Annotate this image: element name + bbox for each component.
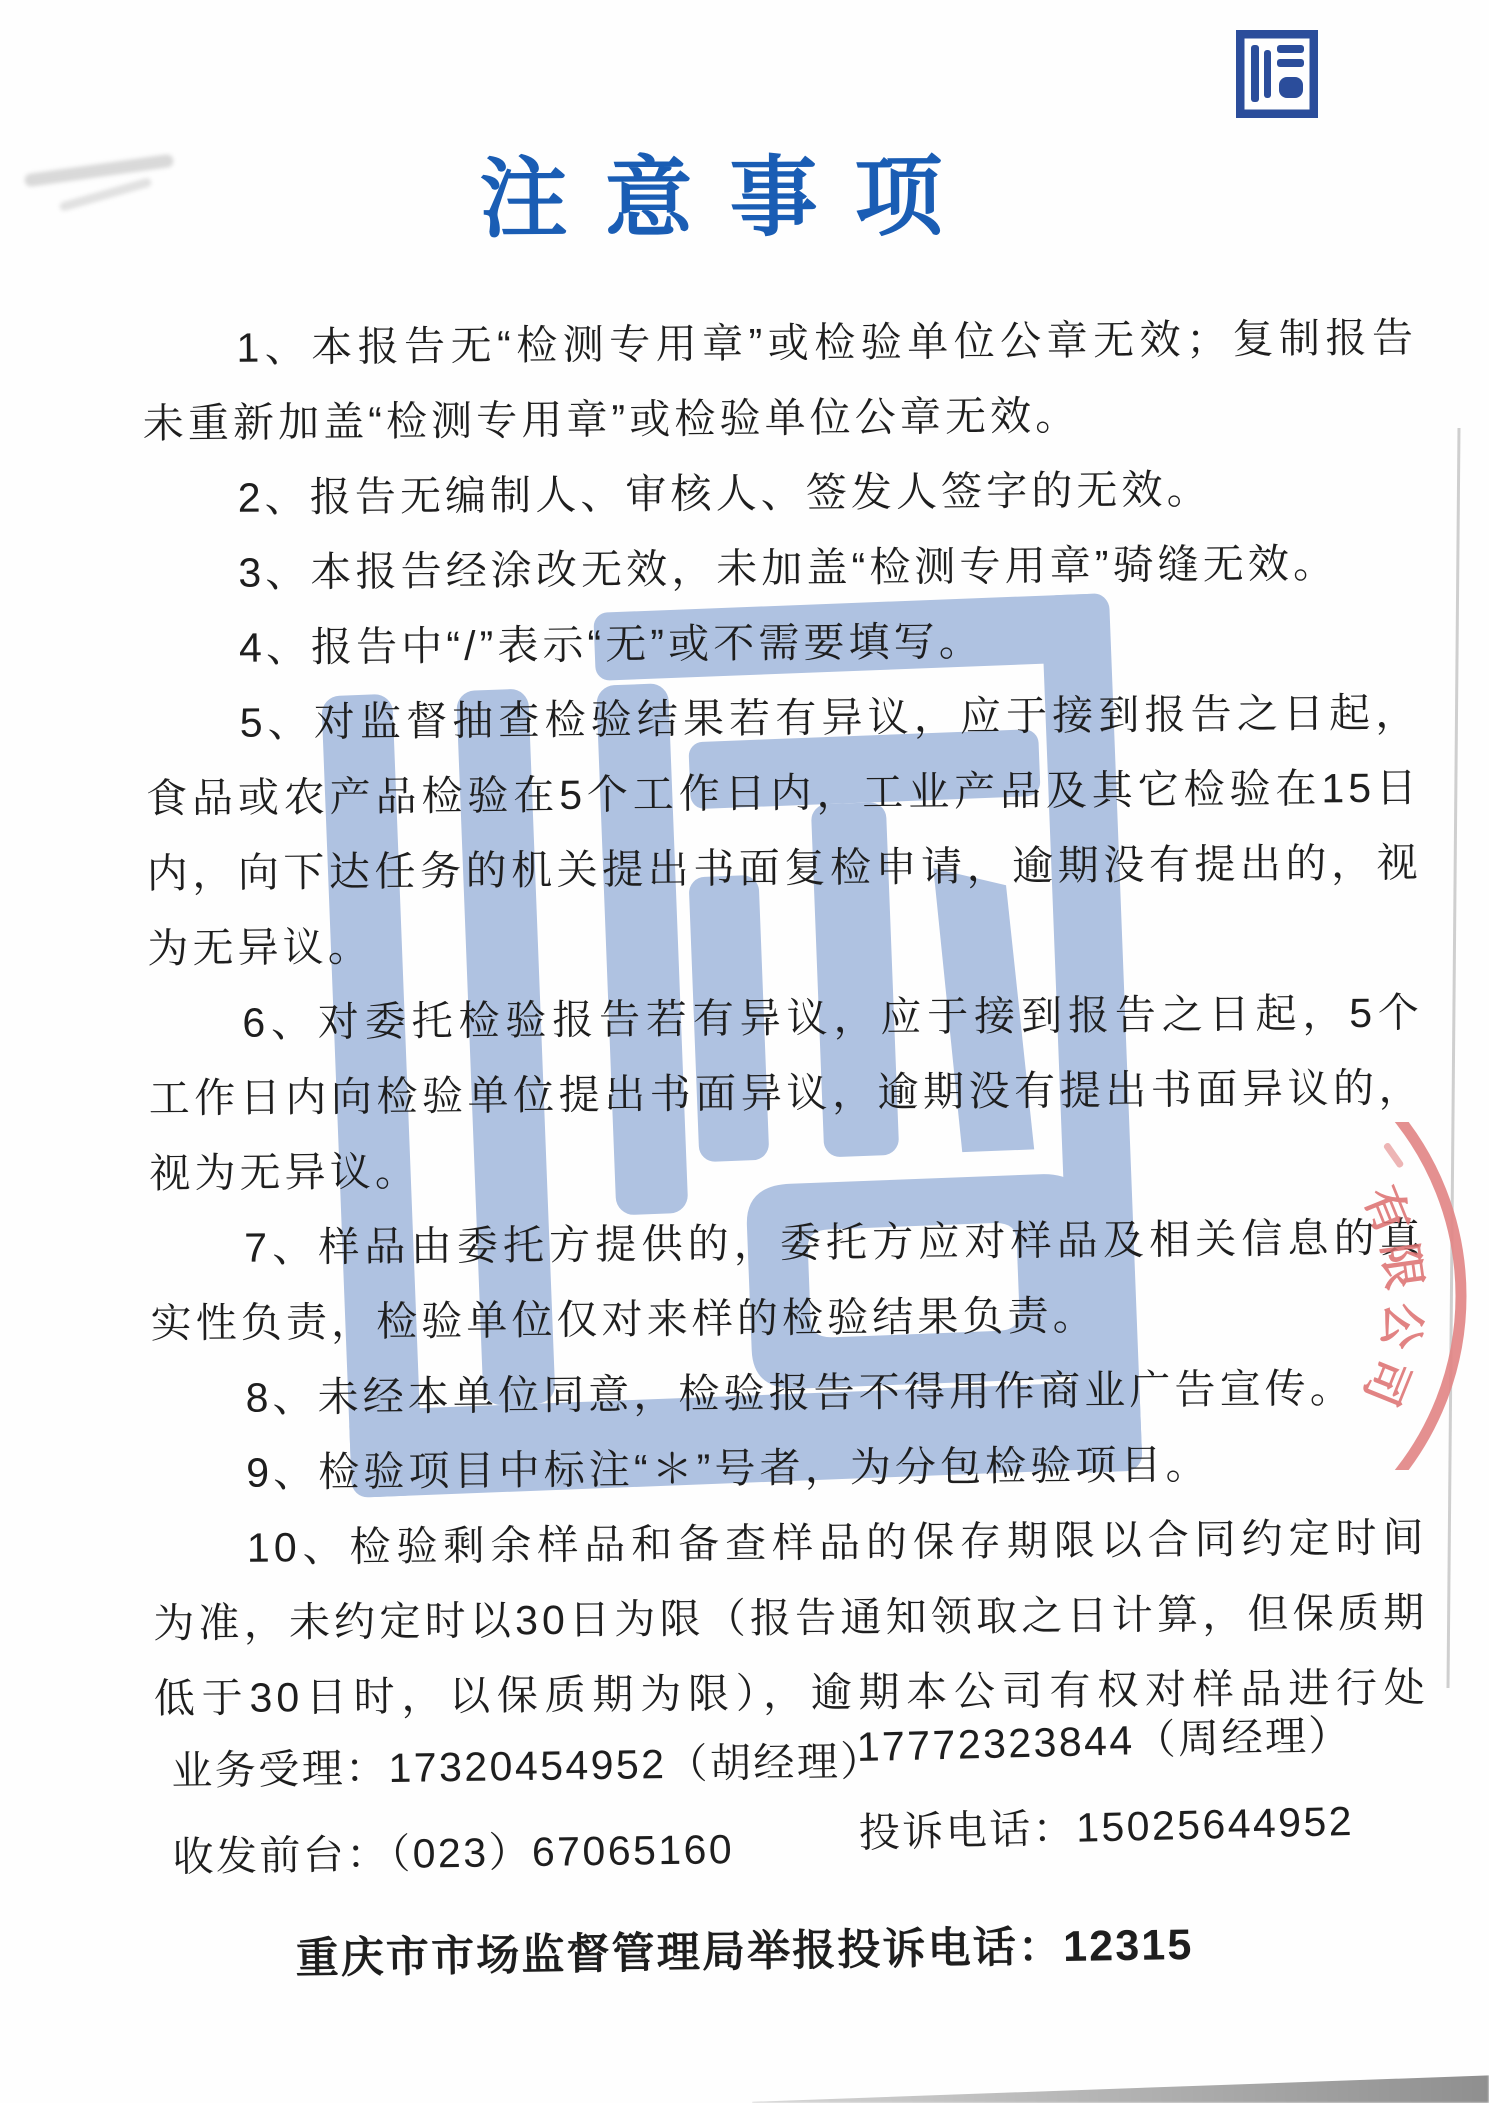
scan-shadow-artifact [752,2073,1489,2103]
seal-ring-char: 公 [1373,1300,1430,1352]
red-company-seal: 有 限 公 司 [1296,1122,1489,1470]
seal-ring-char: 限 [1373,1240,1431,1293]
notice-item-list: 1、本报告无“检测专用章”或检验单位公章无效；复制报告未重新加盖“检测专用章”或… [142,300,1429,1731]
regulator-hotline-footer: 重庆市市场监督管理局举报投诉电话：12315 [0,1906,1489,1990]
notice-item: 6、对委托检验报告若有异议，应于接到报告之日起，5个工作日内向检验单位提出书面异… [148,975,1425,1211]
notice-item: 8、未经本单位同意，检验报告不得用作商业广告宣传。 [151,1350,1427,1436]
notice-item: 3、本报告经涂改无效，未加盖“检测专用章”骑缝无效。 [144,525,1420,611]
seal-character-fragment [1383,1142,1405,1169]
scan-line-artifact [1447,428,1461,1688]
contact-block-left: 业务受理：17320454952（胡经理） 收发前台：（023）67065160 [171,1728,886,1910]
notice-item: 4、报告中“/”表示“无”或不需要填写。 [144,600,1420,686]
company-seal-logo-icon [1236,30,1318,118]
contact-block-right: 17772323844（周经理） 投诉电话：15025644952 [856,1702,1355,1886]
notice-item: 10、检验剩余样品和备查样品的保存期限以合同约定时间为准，未约定时以30日为限（… [152,1500,1429,1731]
notice-item: 7、样品由委托方提供的，委托方应对样品及相关信息的真实性负责，检验单位仅对来样的… [150,1200,1426,1361]
page-title: 注意事项 [0,124,1459,258]
notice-item: 2、报告无编制人、审核人、签发人签字的无效。 [143,450,1419,536]
seal-ring-char: 有 [1354,1179,1419,1241]
notice-item: 5、对监督抽查检验结果若有异议，应于接到报告之日起，食品或农产品检验在5个工作日… [145,675,1423,986]
front-desk-line: 收发前台：（023）67065160 [172,1814,885,1883]
complaint-phone-line: 投诉电话：15025644952 [858,1788,1354,1859]
notice-page: 注意事项 1、本报告无“检测专用章”或检验单位公章无效；复制报告未重新加盖“检测… [0,0,1489,2103]
seal-ring-char: 司 [1354,1351,1419,1413]
business-acceptance-line: 业务受理：17320454952（胡经理） [171,1728,884,1797]
manager-zhou-line: 17772323844（周经理） [856,1702,1352,1773]
notice-item: 9、检验项目中标注“＊”号者，为分包检验项目。 [152,1425,1428,1511]
notice-item: 1、本报告无“检测专用章”或检验单位公章无效；复制报告未重新加盖“检测专用章”或… [142,300,1418,461]
